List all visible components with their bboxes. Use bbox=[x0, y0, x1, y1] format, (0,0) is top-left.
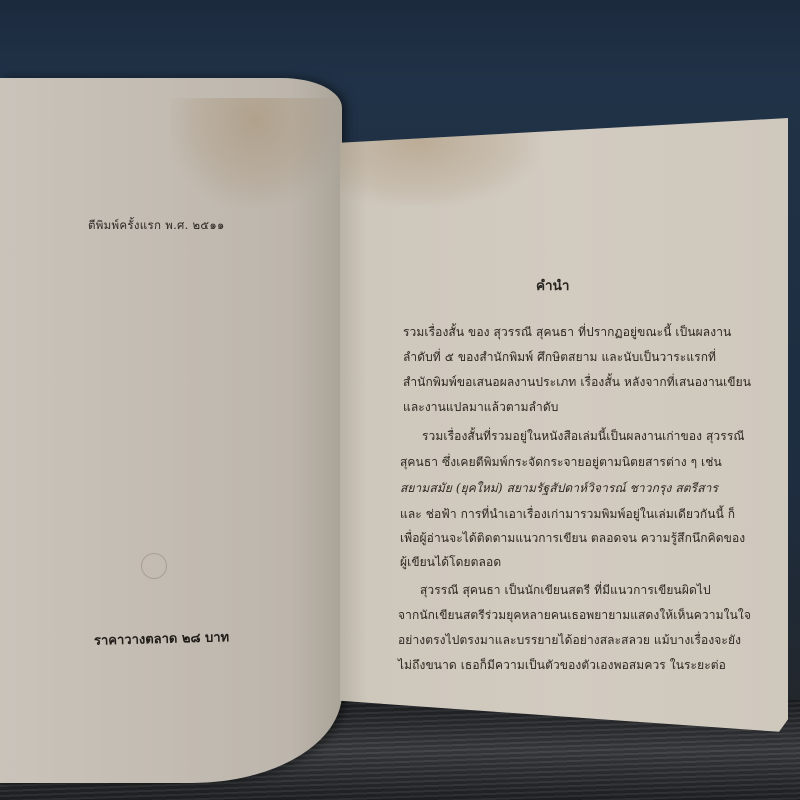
text-line: ลำดับที่ ๕ ของสำนักพิมพ์ ศึกษิตสยาม และน… bbox=[403, 348, 716, 367]
water-stain bbox=[340, 126, 540, 206]
text-line: อย่างตรงไปตรงมาและบรรยายได้อย่างสละสลวย … bbox=[398, 631, 741, 650]
water-stain bbox=[170, 98, 340, 208]
text-line: สุวรรณี สุคนธา เป็นนักเขียนสตรี ที่มีแนว… bbox=[420, 581, 711, 600]
retail-price: ราคาวางตลาด ๒๘ บาท bbox=[94, 626, 230, 651]
text-line: และ ช่อฟ้า การที่นำเอาเรื่องเก่ามารวมพิม… bbox=[400, 505, 735, 524]
text-line: สยามสมัย (ยุคใหม่) สยามรัฐสัปดาห์วิจารณ์… bbox=[400, 479, 718, 498]
first-print-info: ตีพิมพ์ครั้งแรก พ.ศ. ๒๕๑๑ bbox=[88, 217, 225, 235]
text-line: สำนักพิมพ์ขอเสนอผลงานประเภท เรื่องสั้น ห… bbox=[403, 373, 751, 392]
preface-title: คำนำ bbox=[536, 274, 569, 296]
left-page bbox=[0, 78, 342, 783]
text-line: ผู้เขียนได้โดยตลอด bbox=[400, 553, 501, 572]
text-line: ไม่ถึงขนาด เธอก็มีความเป็นตัวของตัวเองพอ… bbox=[398, 656, 726, 675]
photo-scene: ตีพิมพ์ครั้งแรก พ.ศ. ๒๕๑๑ ราคาวางตลาด ๒๘… bbox=[0, 0, 800, 800]
text-line: เพื่อผู้อ่านจะได้ติดตามแนวการเขียน ตลอดจ… bbox=[400, 529, 745, 548]
text-line: และงานแปลมาแล้วตามลำดับ bbox=[403, 398, 558, 417]
publisher-emblem-icon bbox=[141, 553, 167, 579]
text-line: รวมเรื่องสั้นที่รวมอยู่ในหนังสือเล่มนี้เ… bbox=[422, 427, 745, 446]
text-line: รวมเรื่องสั้น ของ สุวรรณี สุคนธา ที่ปราก… bbox=[403, 323, 731, 342]
text-line: จากนักเขียนสตรีร่วมยุคหลายคนเธอพยายามแสด… bbox=[398, 606, 751, 625]
text-line: สุคนธา ซึ่งเคยตีพิมพ์กระจัดกระจายอยู่ตาม… bbox=[400, 453, 722, 472]
